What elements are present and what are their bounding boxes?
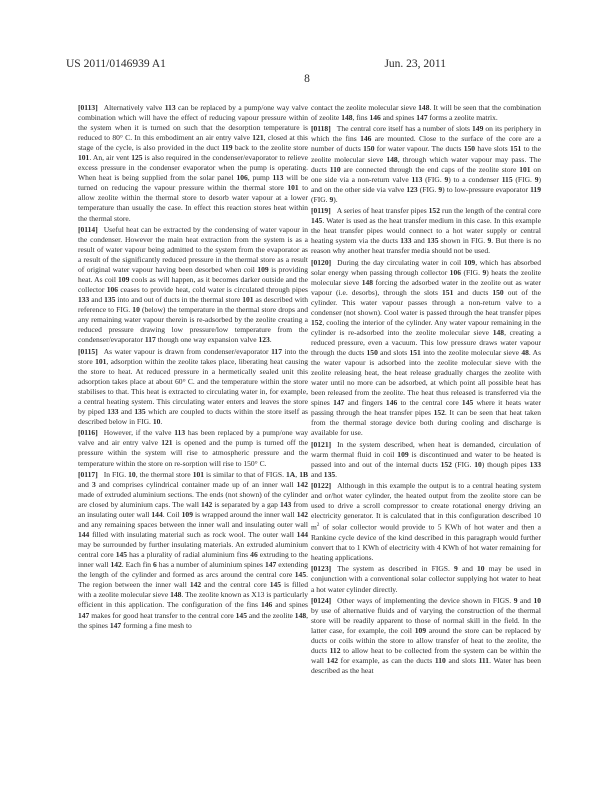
- reference-numeral: 106: [107, 285, 118, 294]
- reference-numeral: 119: [222, 143, 233, 152]
- reference-numeral: 10: [474, 460, 482, 469]
- reference-numeral: 1B: [299, 470, 308, 479]
- reference-numeral: 150: [363, 144, 374, 153]
- reference-numeral: 115: [502, 175, 513, 184]
- paragraph: [0116]However, if the valve 113 has been…: [78, 428, 308, 468]
- paragraph-number: [0118]: [311, 124, 331, 133]
- publication-number: US 2011/0146939 A1: [66, 58, 166, 70]
- reference-numeral: 150: [464, 144, 475, 153]
- paragraph: [0115]As water vapour is drawn from cond…: [78, 347, 308, 427]
- paragraph-number: [0120]: [311, 258, 331, 267]
- reference-numeral: 9: [438, 185, 442, 194]
- reference-numeral: 146: [370, 113, 381, 122]
- paragraph-number: [0119]: [311, 206, 331, 215]
- reference-numeral: 101: [95, 357, 106, 366]
- paragraph-number: [0116]: [78, 428, 98, 437]
- paragraph: [0122]Although in this example the outpu…: [311, 481, 541, 563]
- reference-numeral: 101: [193, 470, 204, 479]
- reference-numeral: 142: [327, 656, 338, 665]
- reference-numeral: 145: [270, 580, 281, 589]
- reference-numeral: 9: [482, 268, 486, 277]
- reference-numeral: 133: [530, 460, 541, 469]
- reference-numeral: 146: [261, 600, 272, 609]
- reference-numeral: 152: [429, 206, 440, 215]
- reference-numeral: 121: [252, 133, 263, 142]
- reference-numeral: 146: [386, 398, 397, 407]
- reference-numeral: 147: [333, 398, 344, 407]
- reference-numeral: 144: [297, 530, 308, 539]
- paragraph-number: [0117]: [78, 470, 98, 479]
- reference-numeral: 148: [295, 611, 306, 620]
- reference-numeral: 148: [170, 590, 181, 599]
- reference-numeral: 48: [521, 348, 529, 357]
- reference-numeral: 147: [265, 560, 276, 569]
- reference-numeral: 119: [530, 185, 541, 194]
- reference-numeral: 109: [118, 275, 129, 284]
- reference-numeral: 109: [415, 626, 426, 635]
- reference-numeral: 109: [257, 265, 268, 274]
- page-number: 8: [0, 73, 614, 85]
- paragraph: [0114]Useful heat can be extracted by th…: [78, 225, 308, 346]
- reference-numeral: 150: [492, 288, 503, 297]
- reference-numeral: 135: [324, 470, 335, 479]
- reference-numeral: 142: [201, 500, 212, 509]
- paragraph-number: [0124]: [311, 596, 331, 605]
- reference-numeral: 146: [360, 134, 371, 143]
- reference-numeral: 113: [411, 175, 422, 184]
- superscript: 2: [317, 523, 320, 528]
- reference-numeral: 113: [174, 428, 185, 437]
- paragraph: [0118]The central core itself has a numb…: [311, 124, 541, 204]
- reference-numeral: 142: [110, 560, 121, 569]
- reference-numeral: 148: [418, 103, 429, 112]
- reference-numeral: 9: [454, 564, 458, 573]
- reference-numeral: 149: [472, 124, 483, 133]
- paragraph: [0117]In FIG. 10, the thermal store 101 …: [78, 470, 308, 631]
- reference-numeral: 111: [479, 656, 490, 665]
- paragraph-number: [0113]: [78, 103, 98, 112]
- reference-numeral: 9: [514, 596, 518, 605]
- paragraph-number: [0123]: [311, 564, 331, 573]
- reference-numeral: 143: [280, 500, 291, 509]
- reference-numeral: 10: [533, 596, 541, 605]
- reference-numeral: 106: [450, 268, 461, 277]
- reference-numeral: 145: [295, 570, 306, 579]
- reference-numeral: 142: [190, 580, 201, 589]
- right-column: contact the zeolite molecular sieve 148.…: [311, 103, 541, 678]
- reference-numeral: 106: [236, 173, 247, 182]
- paragraph-number: [0122]: [311, 481, 331, 490]
- paragraph-number: [0114]: [78, 225, 98, 234]
- reference-numeral: 147: [110, 621, 121, 630]
- reference-numeral: 147: [78, 611, 89, 620]
- reference-numeral: 144: [151, 510, 162, 519]
- reference-numeral: 123: [406, 185, 417, 194]
- paragraph: [0119]A series of heat transfer pipes 15…: [311, 206, 541, 256]
- reference-numeral: 101: [287, 183, 298, 192]
- reference-numeral: 10: [132, 305, 140, 314]
- reference-numeral: 101: [242, 295, 253, 304]
- reference-numeral: 145: [236, 611, 247, 620]
- paragraph: contact the zeolite molecular sieve 148.…: [311, 103, 541, 123]
- reference-numeral: 123: [258, 335, 269, 344]
- reference-numeral: 152: [311, 318, 322, 327]
- reference-numeral: 135: [134, 407, 145, 416]
- reference-numeral: 135: [104, 295, 115, 304]
- reference-numeral: 148: [493, 328, 504, 337]
- reference-numeral: 113: [165, 103, 176, 112]
- paragraph: [0113]Alternatively valve 113 can be rep…: [78, 103, 308, 224]
- reference-numeral: 117: [145, 335, 156, 344]
- paragraph: [0124]Other ways of implementing the dev…: [311, 596, 541, 676]
- reference-numeral: 46: [250, 550, 258, 559]
- reference-numeral: 112: [330, 646, 341, 655]
- reference-numeral: 9: [487, 236, 491, 245]
- reference-numeral: 148: [362, 278, 373, 287]
- reference-numeral: 10: [477, 564, 485, 573]
- reference-numeral: 147: [416, 113, 427, 122]
- reference-numeral: 148: [386, 155, 397, 164]
- reference-numeral: 148: [341, 113, 352, 122]
- reference-numeral: 145: [462, 398, 473, 407]
- reference-numeral: 152: [441, 460, 452, 469]
- reference-numeral: 150: [367, 348, 378, 357]
- reference-numeral: 101: [78, 153, 89, 162]
- reference-numeral: 10: [153, 417, 161, 426]
- reference-numeral: 110: [330, 165, 341, 174]
- reference-numeral: 110: [435, 656, 446, 665]
- paragraph-number: [0121]: [311, 440, 331, 449]
- reference-numeral: 144: [78, 530, 89, 539]
- reference-numeral: 109: [397, 450, 408, 459]
- reference-numeral: 151: [409, 348, 420, 357]
- reference-numeral: 151: [442, 288, 453, 297]
- reference-numeral: 125: [131, 153, 142, 162]
- reference-numeral: 145: [116, 550, 127, 559]
- reference-numeral: 133: [107, 407, 118, 416]
- reference-numeral: 3: [92, 480, 96, 489]
- reference-numeral: 133: [78, 295, 89, 304]
- paragraph-number: [0115]: [78, 347, 98, 356]
- reference-numeral: 121: [161, 438, 172, 447]
- reference-numeral: 135: [427, 236, 438, 245]
- paragraph: [0121]In the system described, when heat…: [311, 440, 541, 480]
- reference-numeral: 101: [519, 165, 530, 174]
- left-column: [0113]Alternatively valve 113 can be rep…: [78, 103, 308, 632]
- reference-numeral: 113: [273, 173, 284, 182]
- reference-numeral: 142: [297, 510, 308, 519]
- reference-numeral: 1A: [286, 470, 295, 479]
- publication-date: Jun. 23, 2011: [384, 58, 446, 70]
- paragraph: [0123]The system as described in FIGS. 9…: [311, 564, 541, 594]
- reference-numeral: 9: [444, 175, 448, 184]
- reference-numeral: 133: [400, 236, 411, 245]
- paragraph: [0120]During the day circulating water i…: [311, 258, 541, 439]
- reference-numeral: 109: [464, 258, 475, 267]
- reference-numeral: 145: [311, 216, 322, 225]
- reference-numeral: 9: [329, 195, 333, 204]
- reference-numeral: 151: [510, 144, 521, 153]
- reference-numeral: 152: [434, 408, 445, 417]
- reference-numeral: 9: [535, 175, 539, 184]
- reference-numeral: 10: [128, 470, 136, 479]
- reference-numeral: 117: [271, 347, 282, 356]
- reference-numeral: 6: [153, 560, 157, 569]
- reference-numeral: 142: [297, 480, 308, 489]
- reference-numeral: 109: [182, 510, 193, 519]
